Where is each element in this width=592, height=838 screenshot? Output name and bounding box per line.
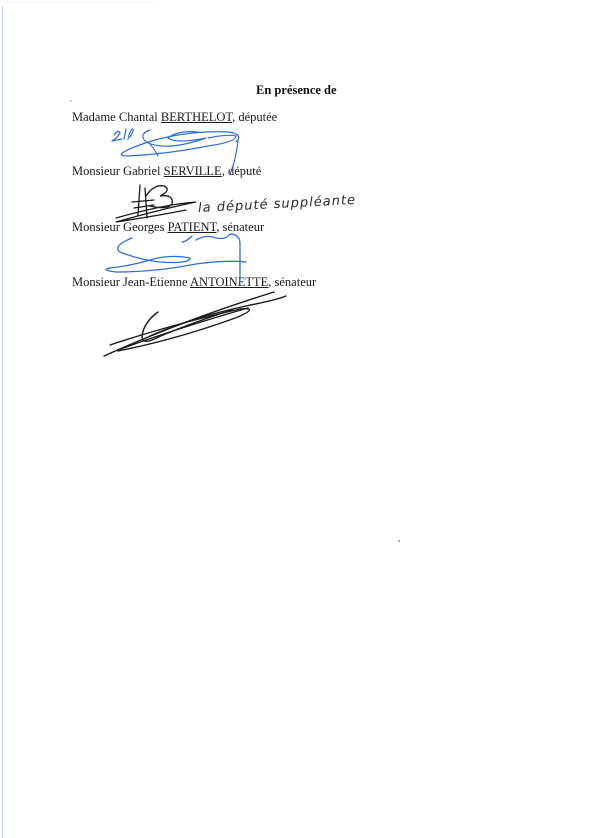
signatory-role: , sénateur xyxy=(216,220,264,234)
signatory-role: , sénateur xyxy=(268,275,316,289)
scan-speck xyxy=(70,100,72,102)
signatory-line-patient: Monsieur Georges PATIENT, sénateur xyxy=(72,220,264,235)
document-page: En présence de Madame Chantal BERTHELOT,… xyxy=(0,0,592,838)
signatory-name: SERVILLE xyxy=(164,164,222,178)
signatory-name: BERTHELOT xyxy=(161,110,232,124)
signatory-role: , députée xyxy=(232,110,277,124)
handwritten-note: la député suppléante xyxy=(198,193,357,216)
signatory-line-berthelot: Madame Chantal BERTHELOT, députée xyxy=(72,110,277,125)
signatory-title: Madame Chantal xyxy=(72,110,158,124)
signature-serville xyxy=(116,185,196,222)
signatory-title: Monsieur Jean-Etienne xyxy=(72,275,188,289)
signatory-name: PATIENT xyxy=(168,220,217,234)
scan-top-artifact xyxy=(4,2,154,3)
signatures-layer xyxy=(0,0,592,838)
section-heading: En présence de xyxy=(256,83,337,98)
signatory-line-antoinette: Monsieur Jean-Etienne ANTOINETTE, sénate… xyxy=(72,275,316,290)
signatory-name: ANTOINETTE xyxy=(190,275,268,289)
signatory-role: , député xyxy=(222,164,262,178)
signatory-title: Monsieur Georges xyxy=(72,220,164,234)
scan-speck xyxy=(398,540,400,542)
signatory-title: Monsieur Gabriel xyxy=(72,164,161,178)
scan-edge-line xyxy=(2,6,3,838)
signatory-line-serville: Monsieur Gabriel SERVILLE, député xyxy=(72,164,261,179)
signature-antoinette xyxy=(104,292,286,356)
